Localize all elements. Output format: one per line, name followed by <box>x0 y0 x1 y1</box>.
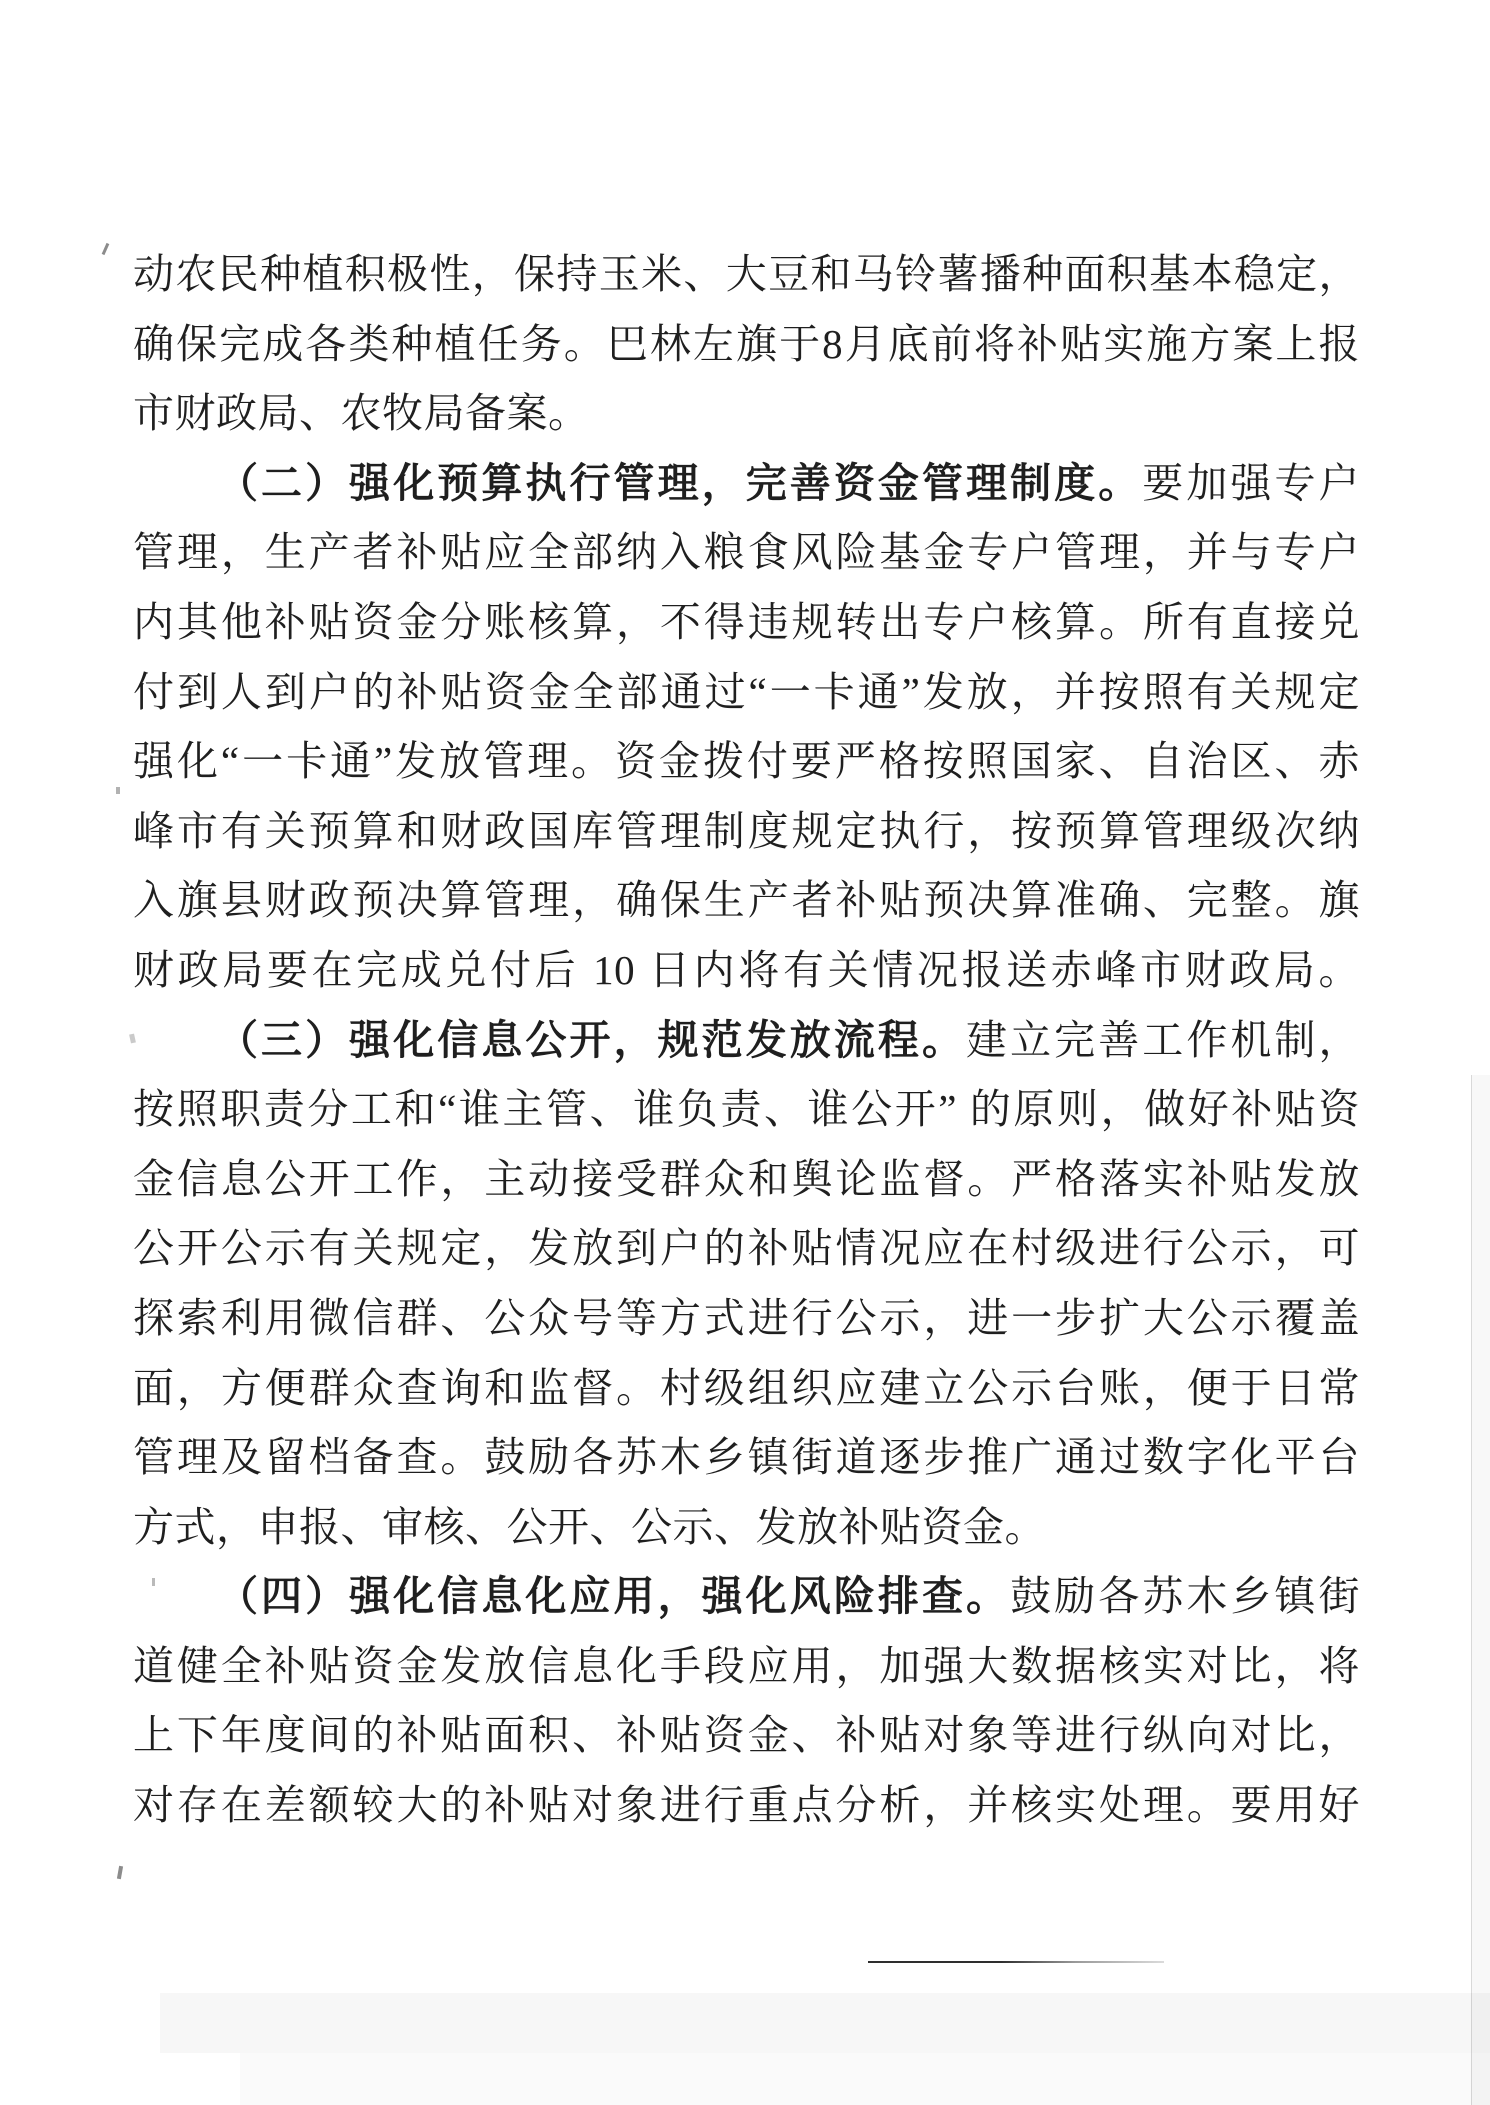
line-text: 确保完成各类种植任务。巴林左旗于8月底前将补贴实施方案上报 <box>133 321 1360 367</box>
line-text: 金信息公开工作，主动接受群众和舆论监督。严格落实补贴发放 <box>133 1156 1360 1202</box>
line-text: 探索利用微信群、公众号等方式进行公示，进一步扩大公示覆盖 <box>133 1295 1360 1341</box>
text-line: 付到人到户的补贴资金全部通过“一卡通”发放，并按照有关规定 <box>133 658 1360 728</box>
scan-line-artifact <box>868 1961 1164 1963</box>
text-line: 上下年度间的补贴面积、补贴资金、补贴对象等进行纵向对比， <box>133 1701 1360 1771</box>
line-text: 方式，申报、审核、公开、公示、发放补贴资金。 <box>133 1504 1046 1550</box>
line-text: 内其他补贴资金分账核算，不得违规转出专户核算。所有直接兑 <box>133 599 1360 645</box>
text-line: 管理及留档备查。鼓励各苏木乡镇街道逐步推广通过数字化平台 <box>133 1423 1360 1493</box>
scan-speck <box>117 1866 123 1879</box>
line-text: 动农民种植积极性，保持玉米、大豆和马铃薯播种面积基本稳定， <box>133 251 1360 297</box>
line-bold-text: （四）强化信息化应用，强化风险排查。 <box>217 1573 1010 1619</box>
line-text: 公开公示有关规定，发放到户的补贴情况应在村级进行公示，可 <box>133 1225 1360 1271</box>
line-text: 付到人到户的补贴资金全部通过“一卡通”发放，并按照有关规定 <box>133 669 1360 715</box>
text-line: 市财政局、农牧局备案。 <box>133 379 1360 449</box>
text-line-section-heading: （四）强化信息化应用，强化风险排查。鼓励各苏木乡镇街 <box>133 1562 1360 1632</box>
text-line: 入旗县财政预决算管理，确保生产者补贴预决算准确、完整。旗 <box>133 866 1360 936</box>
scan-speck <box>116 787 120 794</box>
line-bold-text: （二）强化预算执行管理，完善资金管理制度。 <box>217 460 1142 506</box>
text-line: 内其他补贴资金分账核算，不得违规转出专户核算。所有直接兑 <box>133 588 1360 658</box>
line-text: 管理，生产者补贴应全部纳入粮食风险基金专户管理，并与专户 <box>133 529 1360 575</box>
line-text: 建立完善工作机制， <box>966 1017 1360 1063</box>
text-line: 管理，生产者补贴应全部纳入粮食风险基金专户管理，并与专户 <box>133 518 1360 588</box>
text-line-section-heading: （三）强化信息公开，规范发放流程。建立完善工作机制， <box>133 1006 1360 1076</box>
line-text: 入旗县财政预决算管理，确保生产者补贴预决算准确、完整。旗 <box>133 877 1360 923</box>
line-text: 上下年度间的补贴面积、补贴资金、补贴对象等进行纵向对比， <box>133 1712 1360 1758</box>
line-text: 要加强专户 <box>1142 460 1360 506</box>
line-text: 财政局要在完成兑付后 10 日内将有关情况报送赤峰市财政局。 <box>133 947 1360 993</box>
text-line: 面，方便群众查询和监督。村级组织应建立公示台账，便于日常 <box>133 1354 1360 1424</box>
text-line: 公开公示有关规定，发放到户的补贴情况应在村级进行公示，可 <box>133 1214 1360 1284</box>
scanned-document-page: 动农民种植积极性，保持玉米、大豆和马铃薯播种面积基本稳定， 确保完成各类种植任务… <box>0 0 1490 2105</box>
scan-shadow-bottom <box>160 1993 1490 2053</box>
text-line: 对存在差额较大的补贴对象进行重点分析，并核实处理。要用好 <box>133 1771 1360 1841</box>
scan-shadow-bottom <box>240 2053 1490 2105</box>
scan-speck <box>152 1578 155 1586</box>
text-line: 探索利用微信群、公众号等方式进行公示，进一步扩大公示覆盖 <box>133 1284 1360 1354</box>
document-text: 动农民种植积极性，保持玉米、大豆和马铃薯播种面积基本稳定， 确保完成各类种植任务… <box>133 240 1360 1841</box>
scan-speck <box>102 243 110 255</box>
text-line: 动农民种植积极性，保持玉米、大豆和马铃薯播种面积基本稳定， <box>133 240 1360 310</box>
text-line-section-heading: （二）强化预算执行管理，完善资金管理制度。要加强专户 <box>133 449 1360 519</box>
line-text: 鼓励各苏木乡镇街 <box>1010 1573 1360 1619</box>
text-line: 按照职责分工和“谁主管、谁负责、谁公开” 的原则，做好补贴资 <box>133 1075 1360 1145</box>
text-line: 金信息公开工作，主动接受群众和舆论监督。严格落实补贴发放 <box>133 1145 1360 1215</box>
line-text: 管理及留档备查。鼓励各苏木乡镇街道逐步推广通过数字化平台 <box>133 1434 1360 1480</box>
line-text: 面，方便群众查询和监督。村级组织应建立公示台账，便于日常 <box>133 1365 1360 1411</box>
text-line: 方式，申报、审核、公开、公示、发放补贴资金。 <box>133 1493 1360 1563</box>
line-text: 强化“一卡通”发放管理。资金拨付要严格按照国家、自治区、赤 <box>133 738 1360 784</box>
text-line: 道健全补贴资金发放信息化手段应用，加强大数据核实对比，将 <box>133 1632 1360 1702</box>
line-text: 对存在差额较大的补贴对象进行重点分析，并核实处理。要用好 <box>133 1782 1360 1828</box>
line-text: 道健全补贴资金发放信息化手段应用，加强大数据核实对比，将 <box>133 1643 1360 1689</box>
line-text: 市财政局、农牧局备案。 <box>133 390 590 436</box>
scan-shadow-right-edge <box>1471 1075 1490 2105</box>
text-line: 峰市有关预算和财政国库管理制度规定执行，按预算管理级次纳 <box>133 797 1360 867</box>
line-text: 峰市有关预算和财政国库管理制度规定执行，按预算管理级次纳 <box>133 808 1360 854</box>
line-text: 按照职责分工和“谁主管、谁负责、谁公开” 的原则，做好补贴资 <box>133 1086 1360 1132</box>
text-line: 强化“一卡通”发放管理。资金拨付要严格按照国家、自治区、赤 <box>133 727 1360 797</box>
line-bold-text: （三）强化信息公开，规范发放流程。 <box>217 1017 966 1063</box>
text-line: 确保完成各类种植任务。巴林左旗于8月底前将补贴实施方案上报 <box>133 310 1360 380</box>
text-line: 财政局要在完成兑付后 10 日内将有关情况报送赤峰市财政局。 <box>133 936 1360 1006</box>
